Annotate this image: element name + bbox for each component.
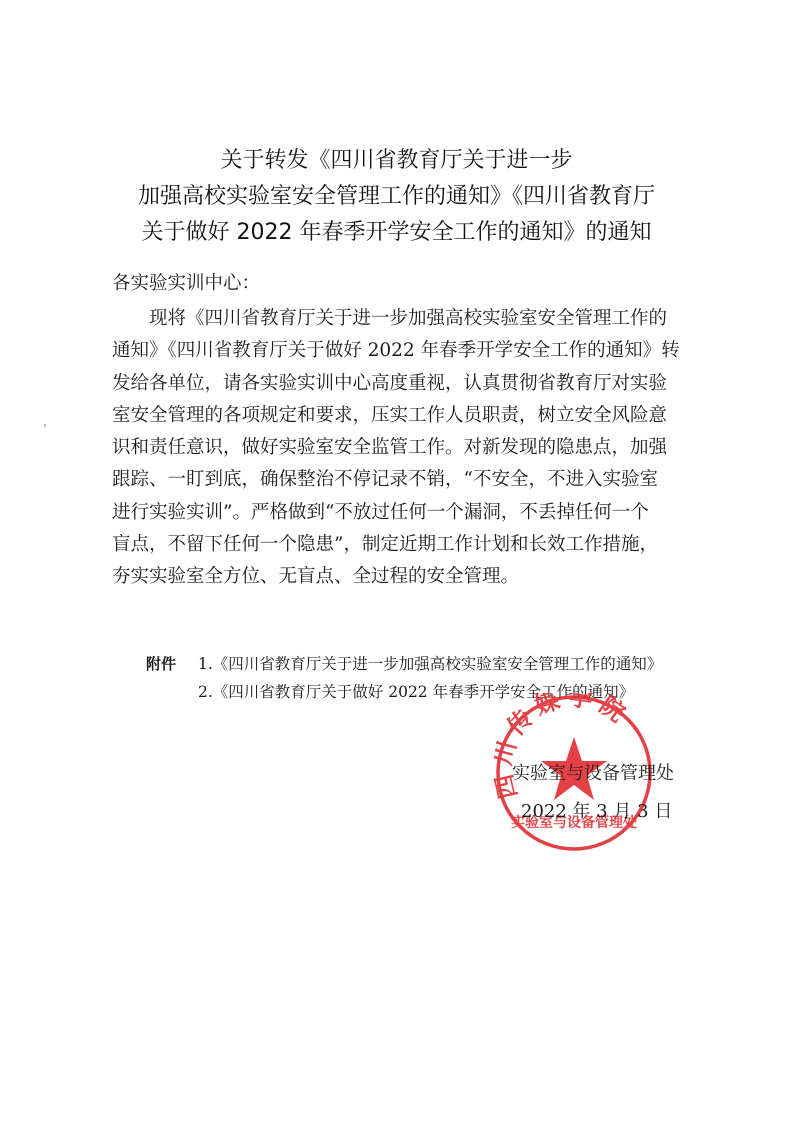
- body-line: 现将《四川省教育厅关于进一步加强高校实验室安全管理工作的: [112, 303, 687, 335]
- attachments-label: 附件: [146, 650, 198, 678]
- title-line-1: 关于转发《四川省教育厅关于进一步: [0, 143, 793, 179]
- attachment-item-1: 1.《四川省教育厅关于进一步加强高校实验室安全管理工作的通知》: [198, 650, 662, 678]
- body-line: 跟踪、一盯到底，确保整治不停记录不销，“不安全，不进入实验室: [112, 464, 687, 496]
- body-line: 通知》《四川省教育厅关于做好 2022 年春季开学安全工作的通知》转: [112, 335, 687, 367]
- salutation: 各实验实训中心：: [112, 268, 260, 300]
- body-line: 发给各单位，请各实验实训中心高度重视，认真贯彻省教育厅对实验: [112, 368, 687, 400]
- body-line: 进行实验实训”。严格做到“不放过任何一个漏洞，不丢掉任何一个: [112, 497, 687, 529]
- signer-department: 实验室与设备管理处: [512, 760, 674, 788]
- title-line-3: 关于做好 2022 年春季开学安全工作的通知》的通知: [0, 215, 793, 251]
- body-paragraph: 现将《四川省教育厅关于进一步加强高校实验室安全管理工作的 通知》《四川省教育厅关…: [112, 303, 687, 594]
- body-line: 盲点，不留下任何一个隐患”，制定近期工作计划和长效工作措施，: [112, 529, 687, 561]
- scan-speck: [44, 424, 46, 427]
- title-line-2: 加强高校实验室安全管理工作的通知》《四川省教育厅: [0, 179, 793, 215]
- body-line: 识和责任意识，做好实验室安全监管工作。对新发现的隐患点，加强: [112, 432, 687, 464]
- body-line: 室安全管理的各项规定和要求，压实工作人员职责，树立安全风险意: [112, 400, 687, 432]
- body-line: 夯实实验室全方位、无盲点、全过程的安全管理。: [112, 561, 687, 593]
- issue-date: 2022 年 3 月 3 日: [521, 798, 672, 826]
- document-title: 关于转发《四川省教育厅关于进一步 加强高校实验室安全管理工作的通知》《四川省教育…: [0, 143, 793, 251]
- attachment-row-1: 附件 1.《四川省教育厅关于进一步加强高校实验室安全管理工作的通知》: [146, 650, 662, 678]
